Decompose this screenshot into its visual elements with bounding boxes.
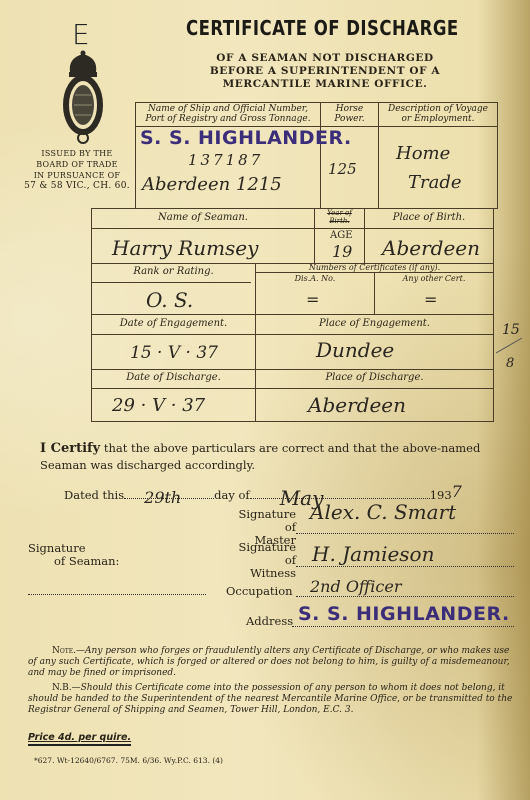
day-value: 29th (144, 488, 181, 507)
form-letter: E (72, 18, 90, 51)
year-value: 7 (452, 482, 462, 501)
board-of-trade-crest-icon (60, 50, 106, 146)
print-reference: *627. Wt-12640/6767. 75M. 6/36. Wy.P.C. … (34, 756, 223, 765)
horse-power-value: 125 (328, 160, 357, 178)
age-label: AGE (330, 230, 353, 241)
certificate-page: E ISSUED BY THE BOARD OF TRADE IN PURSUA… (0, 0, 530, 800)
margin-note-bottom: 8 (506, 356, 514, 371)
date-engagement-header: Date of Engagement. (92, 319, 255, 329)
other-cert-header: Any other Cert. (375, 274, 493, 284)
place-of-birth-header: Place of Birth. (365, 213, 493, 223)
date-discharge-header: Date of Discharge. (92, 373, 255, 383)
seaman-signature-line[interactable] (28, 588, 206, 595)
address-stamp: S. S. HIGHLANDER. (298, 603, 510, 625)
age-value: 19 (332, 242, 352, 261)
place-engagement-header: Place of Engagement. (256, 319, 493, 329)
other-cert-value: = (424, 290, 437, 309)
voyage-value-line2: Trade (408, 172, 462, 193)
rank-header: Rank or Rating. (92, 267, 255, 277)
voyage-header: Description of Voyage or Employment. (379, 104, 497, 124)
certification-statement: I Certify that the above particulars are… (40, 440, 515, 474)
margin-note-top: 15 (502, 322, 520, 338)
ship-name-stamp: S. S. HIGHLANDER. (140, 127, 352, 149)
place-of-birth-value: Aberdeen (382, 236, 480, 260)
notes-section: Note.—Any person who forges or fraudulen… (28, 646, 513, 716)
place-engagement-value: Dundee (316, 338, 394, 362)
port-and-tonnage: Aberdeen 1215 (142, 174, 282, 195)
certificate-subtitle: OF A SEAMAN NOT DISCHARGED BEFORE A SUPE… (180, 52, 470, 91)
seaman-signature-label: Signature of Seaman: (28, 542, 119, 568)
dis-a-no-header: Dis.A. No. (256, 274, 374, 284)
year-of-birth-header: Year of Birth. (315, 209, 364, 225)
address-label: Address (246, 614, 293, 628)
place-discharge-header: Place of Discharge. (256, 373, 493, 383)
place-discharge-value: Aberdeen (308, 393, 406, 417)
certificates-header: Numbers of Certificates (if any). (256, 263, 493, 273)
witness-signature-label: Signature of Witness (224, 541, 296, 580)
official-number: 137187 (188, 151, 263, 169)
date-engagement-value: 15 · V · 37 (130, 343, 218, 363)
occupation-value: 2nd Officer (310, 577, 401, 596)
forgery-note: Note.—Any person who forges or fraudulen… (28, 646, 513, 679)
certificate-title: CERTIFICATE OF DISCHARGE (186, 16, 459, 40)
rank-value: O. S. (146, 288, 193, 312)
ship-header: Name of Ship and Official Number, Port o… (136, 104, 320, 124)
nb-note: N.B.—Should this Certificate come into t… (28, 683, 513, 716)
occupation-label: Occupation (226, 584, 293, 598)
date-discharge-value: 29 · V · 37 (112, 395, 205, 416)
witness-signature: H. Jamieson (312, 542, 434, 566)
horse-power-header: Horse Power. (321, 104, 378, 124)
name-of-seaman-header: Name of Seaman. (92, 213, 314, 223)
seaman-name: Harry Rumsey (112, 236, 258, 260)
issued-by-text: ISSUED BY THE BOARD OF TRADE IN PURSUANC… (18, 148, 136, 192)
voyage-value-line1: Home (396, 143, 450, 164)
price-label: Price 4d. per quire. (28, 732, 131, 746)
master-signature: Alex. C. Smart (310, 500, 456, 524)
dis-a-no-value: = (306, 290, 319, 309)
